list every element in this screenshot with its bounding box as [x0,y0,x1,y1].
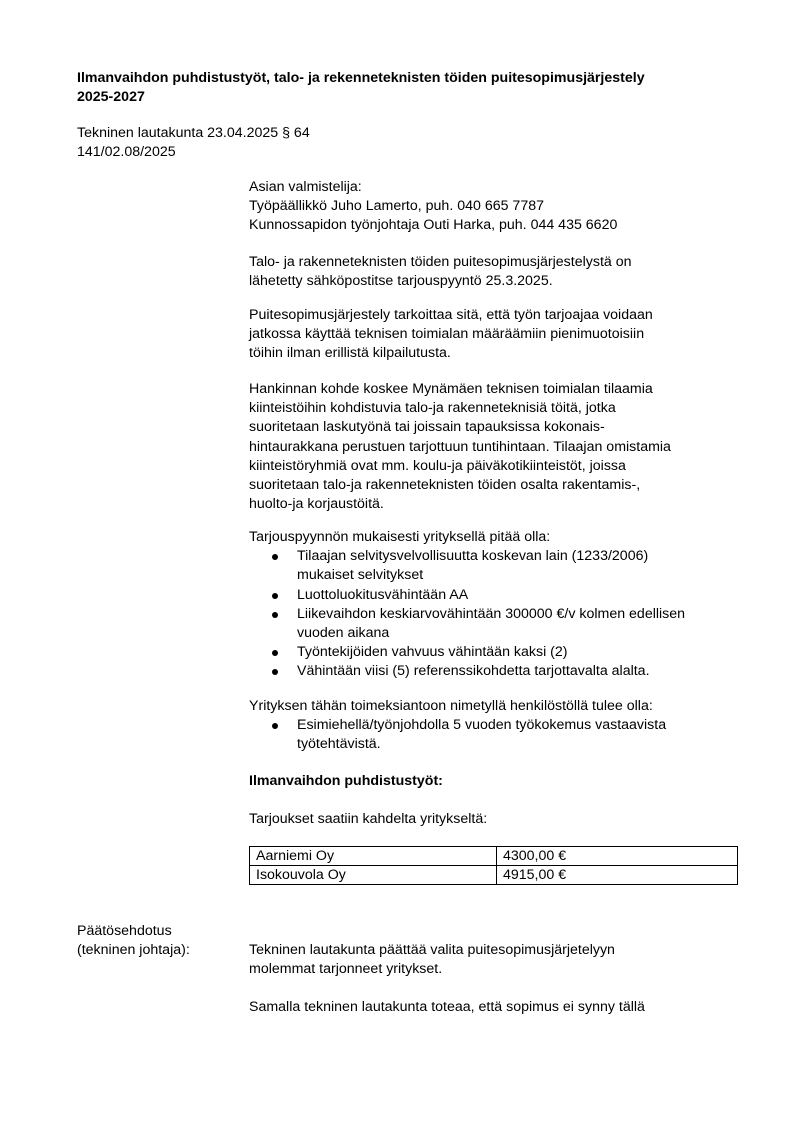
text-line: hintaurakkana perustuen tarjottuun tunti… [249,438,749,457]
price-cell: 4300,00 € [497,847,738,866]
requirements-intro: Tarjouspyynnön mukaisesti yrityksellä pi… [249,528,749,547]
table-row: Aarniemi Oy 4300,00 € [250,847,738,866]
table-row: Isokouvola Oy 4915,00 € [250,866,738,885]
text-line: töihin ilman erillistä kilpailutusta. [249,344,749,363]
paragraph-procurement-scope: Hankinnan kohde koskee Mynämäen teknisen… [249,380,749,514]
text-line: molemmat tarjonneet yritykset. [249,960,749,979]
offers-intro: Tarjoukset saatiin kahdelta yritykseltä: [249,810,749,829]
text-line: Hankinnan kohde koskee Mynämäen teknisen… [249,380,749,399]
preparer-block: Asian valmistelija: Työpäällikkö Juho La… [249,178,749,236]
company-cell: Aarniemi Oy [250,847,497,866]
proposal-label-line: Päätösehdotus [77,922,190,941]
paragraph-framework-definition: Puitesopimusjärjestely tarkoittaa sitä, … [249,306,749,364]
text-line: suoritetaan laskutyönä tai joissain tapa… [249,418,749,437]
requirements-block: Tarjouspyynnön mukaisesti yrityksellä pi… [249,528,749,682]
proposal-text: Tekninen lautakunta päättää valita puite… [249,941,749,979]
company-cell: Isokouvola Oy [250,866,497,885]
section-heading: Ilmanvaihdon puhdistustyöt: [249,772,749,791]
text-line: kiinteistöryhmiä ovat mm. koulu-ja päivä… [249,457,749,476]
staff-requirements-block: Yrityksen tähän toimeksiantoon nimetyllä… [249,697,749,755]
price-cell: 4915,00 € [497,866,738,885]
requirements-list: Tilaajan selvitysvelvollisuutta koskevan… [249,547,749,681]
offers-table: Aarniemi Oy 4300,00 € Isokouvola Oy 4915… [249,846,738,885]
list-item: Tilaajan selvitysvelvollisuutta koskevan… [249,547,749,585]
list-item: Työntekijöiden vahvuus vähintään kaksi (… [249,643,749,662]
list-item: Vähintään viisi (5) referenssikohdetta t… [249,662,749,681]
text-line: Talo- ja rakenneteknisten töiden puiteso… [249,253,749,272]
list-item: Luottoluokitusvähintään AA [249,586,749,605]
staff-intro: Yrityksen tähän toimeksiantoon nimetyllä… [249,697,749,716]
proposal-label-line: (tekninen johtaja): [77,941,190,960]
reference-number: 141/02.08/2025 [77,143,310,162]
list-item: Esimiehellä/työnjohdolla 5 vuoden työkok… [249,716,749,754]
meeting-meta: Tekninen lautakunta 23.04.2025 § 64 141/… [77,124,310,162]
proposal-label: Päätösehdotus (tekninen johtaja): [77,922,190,960]
text-line: kiinteistöihin kohdistuvia talo-ja raken… [249,399,749,418]
title-line-1: Ilmanvaihdon puhdistustyöt, talo- ja rek… [77,69,757,88]
title-line-2: 2025-2027 [77,88,757,107]
text-line: lähetetty sähköpostitse tarjouspyyntö 25… [249,272,749,291]
text-line: Puitesopimusjärjestely tarkoittaa sitä, … [249,306,749,325]
text-line: jatkossa käyttää teknisen toimialan määr… [249,325,749,344]
text-line: huolto-ja korjaustöitä. [249,495,749,514]
preparer-person: Kunnossapidon työnjohtaja Outi Harka, pu… [249,216,749,235]
list-item: Liikevaihdon keskiarvovähintään 300000 €… [249,605,749,643]
text-line: Tekninen lautakunta päättää valita puite… [249,941,749,960]
preparer-label: Asian valmistelija: [249,178,749,197]
paragraph-tender-request: Talo- ja rakenneteknisten töiden puiteso… [249,253,749,291]
preparer-person: Työpäällikkö Juho Lamerto, puh. 040 665 … [249,197,749,216]
document-title: Ilmanvaihdon puhdistustyöt, talo- ja rek… [77,69,757,107]
text-line: suoritetaan talo-ja rakenneteknisten töi… [249,476,749,495]
meeting-info: Tekninen lautakunta 23.04.2025 § 64 [77,124,310,143]
staff-list: Esimiehellä/työnjohdolla 5 vuoden työkok… [249,716,749,754]
proposal-text-2: Samalla tekninen lautakunta toteaa, että… [249,998,749,1017]
